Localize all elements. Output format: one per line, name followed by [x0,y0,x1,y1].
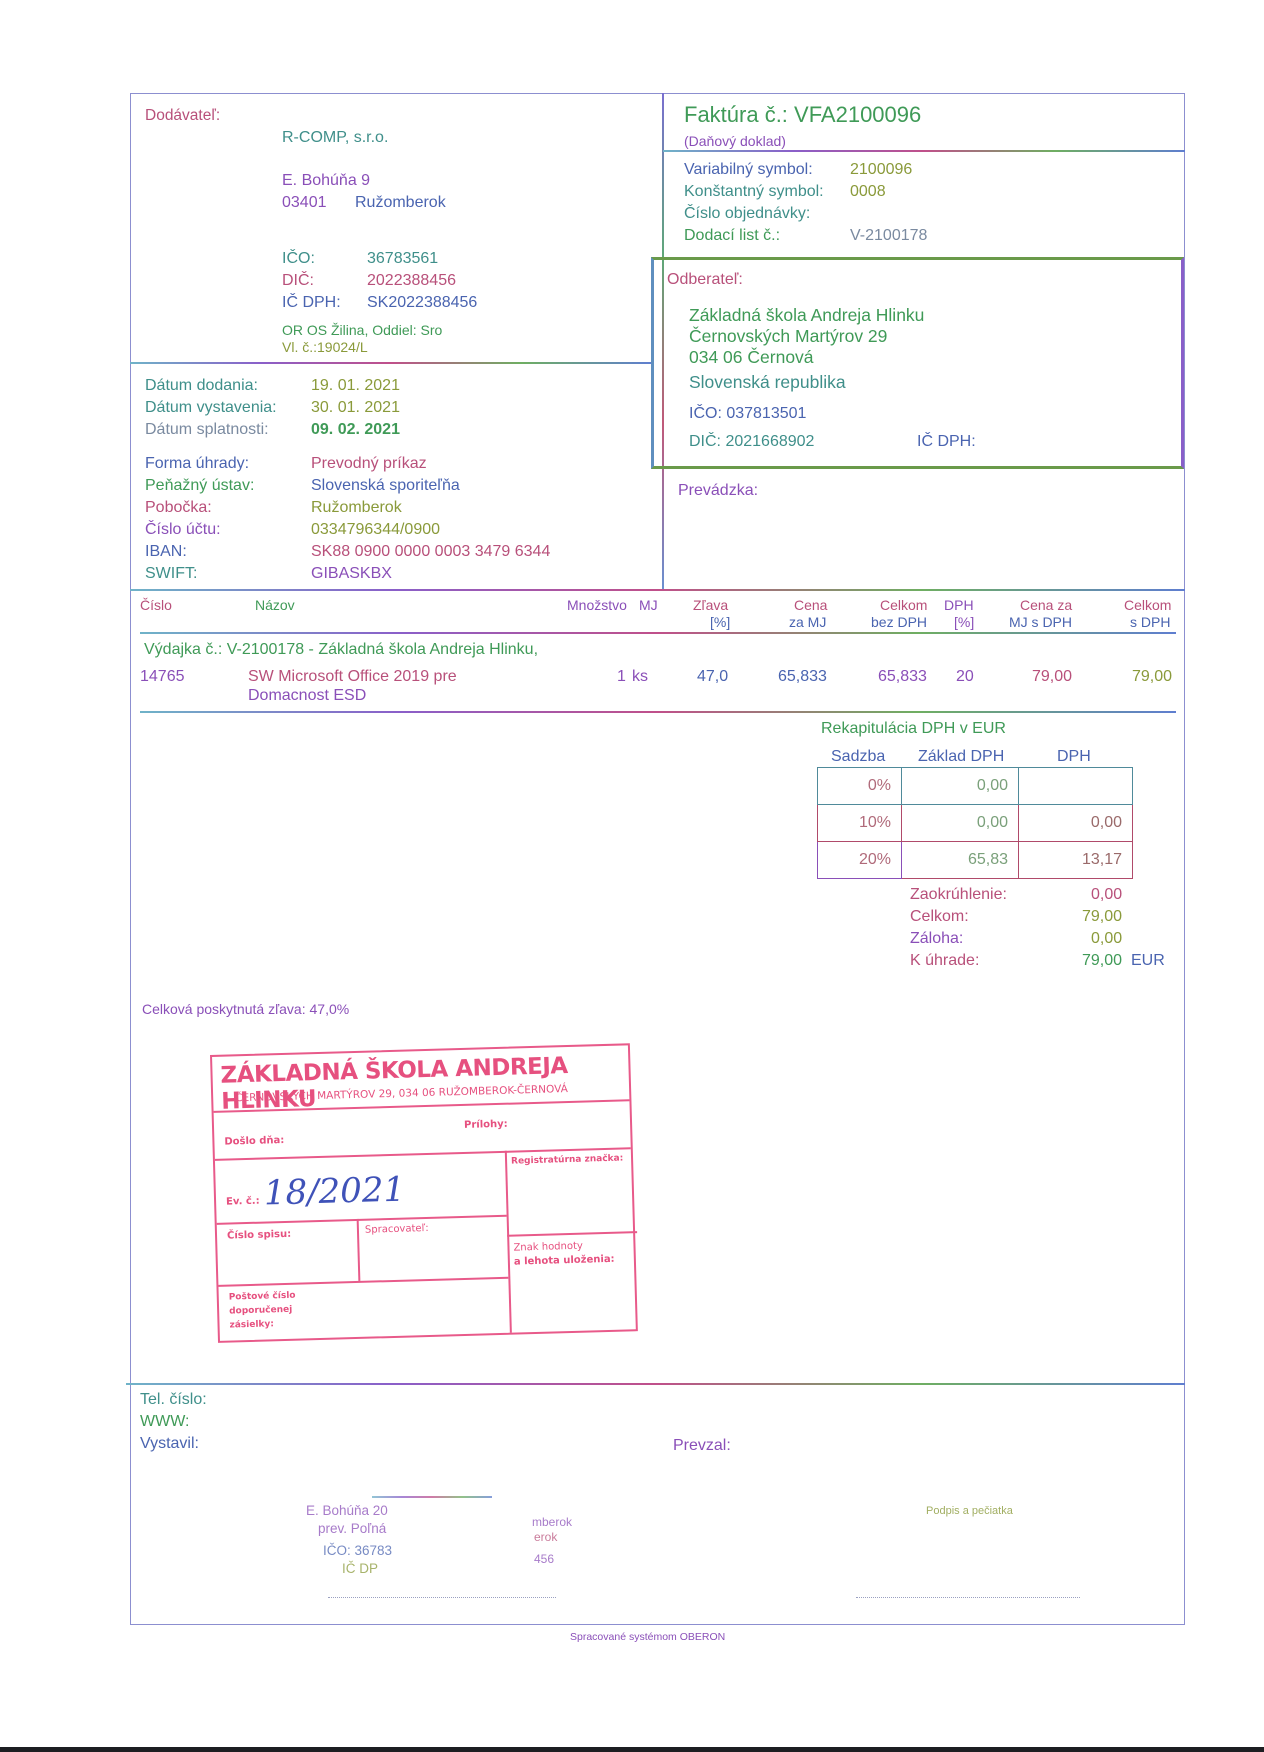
payment-method-value: Prevodný príkaz [311,455,427,473]
stamp-received-date-label: Došlo dňa: [224,1135,284,1148]
vat-col-vat: DPH [1057,748,1091,766]
invoice-subtitle: (Daňový doklad) [684,133,786,149]
due-date-value: 09. 02. 2021 [311,421,400,439]
supplier-city: Ružomberok [355,194,446,212]
received-stamp: ZÁKLADNÁ ŠKOLA ANDREJA HLINKU ČERNOVSKÝC… [210,1043,638,1343]
signature-label: Podpis a pečiatka [926,1505,1013,1517]
col-price-1: Cena [794,597,827,613]
stamp-divider [505,1151,512,1333]
col-total-incl-2: s DPH [1130,614,1170,630]
item-number: 14765 [140,668,185,686]
vat-amount-cell: 0,00 [1019,805,1133,842]
order-number-label: Číslo objednávky: [684,205,810,223]
supplier-stamp-right2: erok [534,1530,557,1544]
vat-row: 20% 65,83 13,17 [818,842,1133,879]
vat-base-cell: 0,00 [902,805,1019,842]
supplier-stamp-line [372,1496,492,1498]
system-note: Spracované systémom OBERON [570,1631,725,1643]
total-discount-note: Celková poskytnutá zľava: 47,0% [142,1001,349,1017]
amount-due-value: 79,00 [1082,952,1122,970]
vat-base-cell: 0,00 [902,768,1019,805]
stamp-divider [217,1215,507,1225]
constant-symbol-label: Konštantný symbol: [684,183,824,201]
account-value: 0334796344/0900 [311,521,440,539]
vat-summary-table: 0% 0,00 10% 0,00 0,00 20% 65,83 13,17 [817,767,1133,879]
supplier-dic-label: DIČ: [282,272,314,290]
phone-label: Tel. číslo: [140,1391,207,1409]
establishment-label: Prevádzka: [678,482,758,500]
footer-divider [126,1383,1185,1385]
bank-label: Peňažný ústav: [145,477,254,495]
customer-ico: IČO: 037813501 [689,405,806,423]
customer-city: 034 06 Černová [689,347,814,368]
swift-label: SWIFT: [145,565,197,583]
amount-due-label: K úhrade: [910,952,979,970]
iban-label: IBAN: [145,543,187,561]
col-discount-1: Zľava [693,597,728,613]
supplier-stamp-line2: prev. Poľná [318,1521,386,1536]
vat-row: 0% 0,00 [818,768,1133,805]
customer-street: Černovských Martýrov 29 [689,326,887,347]
item-quantity: 1 [617,668,626,686]
supplier-zip: 03401 [282,194,327,212]
col-vat-1: DPH [944,597,974,613]
items-header-top-line [130,589,1185,591]
issued-signature-line [328,1597,556,1598]
supplier-stamp-line1: E. Bohúňa 20 [306,1503,388,1518]
supplier-ico: 36783561 [367,250,438,268]
stamp-divider [218,1277,508,1287]
col-unit-price-incl-2: MJ s DPH [1009,614,1072,630]
advance-label: Záloha: [910,930,963,948]
vat-rate-cell: 20% [818,842,902,879]
iban-value: SK88 0900 0000 0003 3479 6344 [311,543,550,561]
supplier-stamp-right3: 456 [534,1552,554,1566]
stamp-file-number-label: Číslo spisu: [227,1229,291,1242]
total-label: Celkom: [910,908,969,926]
stamp-divider [507,1231,637,1237]
items-bottom-line [140,711,1176,713]
due-date-label: Dátum splatnosti: [145,421,269,439]
customer-name: Základná škola Andreja Hlinku [689,305,924,326]
payment-method-label: Forma úhrady: [145,455,249,473]
item-total-excl-vat: 65,833 [878,668,927,686]
customer-icdph: IČ DPH: [917,433,976,451]
invoice-title-divider [663,150,1185,152]
stamp-postal-1: Poštové číslo [229,1291,296,1303]
supplier-stamp-right1: mberok [532,1515,572,1529]
delivery-note-label: Dodací list č.: [684,227,780,245]
item-name-line2: Domacnost ESD [248,687,366,705]
vat-amount-cell [1019,768,1133,805]
supplier-stamp-line4: IČ DP [342,1561,378,1576]
item-unit: ks [632,668,648,686]
vat-col-rate: Sadzba [831,748,885,766]
col-total-excl-2: bez DPH [871,614,927,630]
col-total-incl-1: Celkom [1124,597,1171,613]
vat-col-base: Základ DPH [918,748,1004,766]
vat-amount-cell: 13,17 [1019,842,1133,879]
item-name-line1: SW Microsoft Office 2019 pre [248,668,457,686]
constant-symbol-value: 0008 [850,183,886,201]
supplier-icdph: SK2022388456 [367,294,477,312]
col-name: Názov [255,597,295,613]
supplier-street: E. Bohúňa 9 [282,172,370,190]
stamp-attachments-label: Prílohy: [464,1119,508,1131]
stamp-divider [357,1219,361,1281]
stamp-postal-2: doporučenej [229,1305,292,1317]
vat-base-cell: 65,83 [902,842,1019,879]
item-unit-price-incl-vat: 79,00 [1032,668,1072,686]
variable-symbol-value: 2100096 [850,161,912,179]
col-total-excl-1: Celkom [880,597,927,613]
col-price-2: za MJ [789,614,826,630]
vat-row: 10% 0,00 0,00 [818,805,1133,842]
received-by-label: Prevzal: [673,1437,731,1455]
received-signature-line [856,1597,1080,1598]
supplier-icdph-label: IČ DPH: [282,294,341,312]
issue-date-label: Dátum vystavenia: [145,399,277,417]
supplier-ico-label: IČO: [282,250,315,268]
col-number: Číslo [140,597,172,613]
col-unit-price-incl-1: Cena za [1020,597,1072,613]
stamp-ev-label: Ev. č.: [226,1196,260,1208]
item-vat-rate: 20 [956,668,974,686]
items-header-bottom-line [140,632,1176,634]
invoice-title: Faktúra č.: VFA2100096 [684,102,921,128]
col-unit: MJ [639,597,658,613]
item-total-incl-vat: 79,00 [1132,668,1172,686]
delivery-note-value: V-2100178 [850,227,927,245]
items-group-title: Výdajka č.: V-2100178 - Základná škola A… [144,641,538,659]
account-label: Číslo účtu: [145,521,221,539]
delivery-date-value: 19. 01. 2021 [311,377,400,395]
issued-by-label: Vystavil: [140,1435,199,1453]
stamp-value-sign-2: a lehota uloženia: [514,1254,615,1268]
swift-value: GIBASKBX [311,565,392,583]
supplier-register-1: OR OS Žilina, Oddiel: Sro [282,322,442,338]
supplier-register-2: Vl. č.:19024/L [282,339,368,355]
vat-summary-title: Rekapitulácia DPH v EUR [821,720,1006,738]
supplier-stamp-line3: IČO: 36783 [323,1543,392,1558]
stamp-registry-label: Registratúrna značka: [511,1154,623,1167]
vat-rate-cell: 10% [818,805,902,842]
stamp-postal-3: zásielky: [229,1319,274,1330]
item-discount: 47,0 [697,668,728,686]
stamp-ev-handwritten: 18/2021 [263,1170,405,1214]
variable-symbol-label: Variabilný symbol: [684,161,813,179]
stamp-processor-label: Spracovateľ: [365,1223,429,1236]
bank-value: Slovenská sporiteľňa [311,477,460,495]
www-label: WWW: [140,1413,189,1431]
amount-due-currency: EUR [1131,952,1165,970]
supplier-dic: 2022388456 [367,272,456,290]
supplier-name: R-COMP, s.r.o. [282,129,388,147]
col-vat-2: [%] [954,614,974,630]
scan-bottom-edge [0,1747,1264,1752]
issue-date-value: 30. 01. 2021 [311,399,400,417]
branch-label: Pobočka: [145,499,212,517]
customer-dic: DIČ: 2021668902 [689,433,814,451]
col-discount-2: [%] [710,614,730,630]
customer-country: Slovenská republika [689,372,846,393]
vat-rate-cell: 0% [818,768,902,805]
customer-label: Odberateľ: [667,271,743,289]
advance-value: 0,00 [1091,930,1122,948]
supplier-label: Dodávateľ: [145,107,220,125]
total-value: 79,00 [1082,908,1122,926]
item-unit-price: 65,833 [778,668,827,686]
rounding-label: Zaokrúhlenie: [910,886,1007,904]
branch-value: Ružomberok [311,499,402,517]
stamp-value-sign-1: Znak hodnoty [513,1241,583,1254]
col-quantity: Množstvo [567,597,627,613]
supplier-divider [130,362,651,364]
rounding-value: 0,00 [1091,886,1122,904]
delivery-date-label: Dátum dodania: [145,377,258,395]
